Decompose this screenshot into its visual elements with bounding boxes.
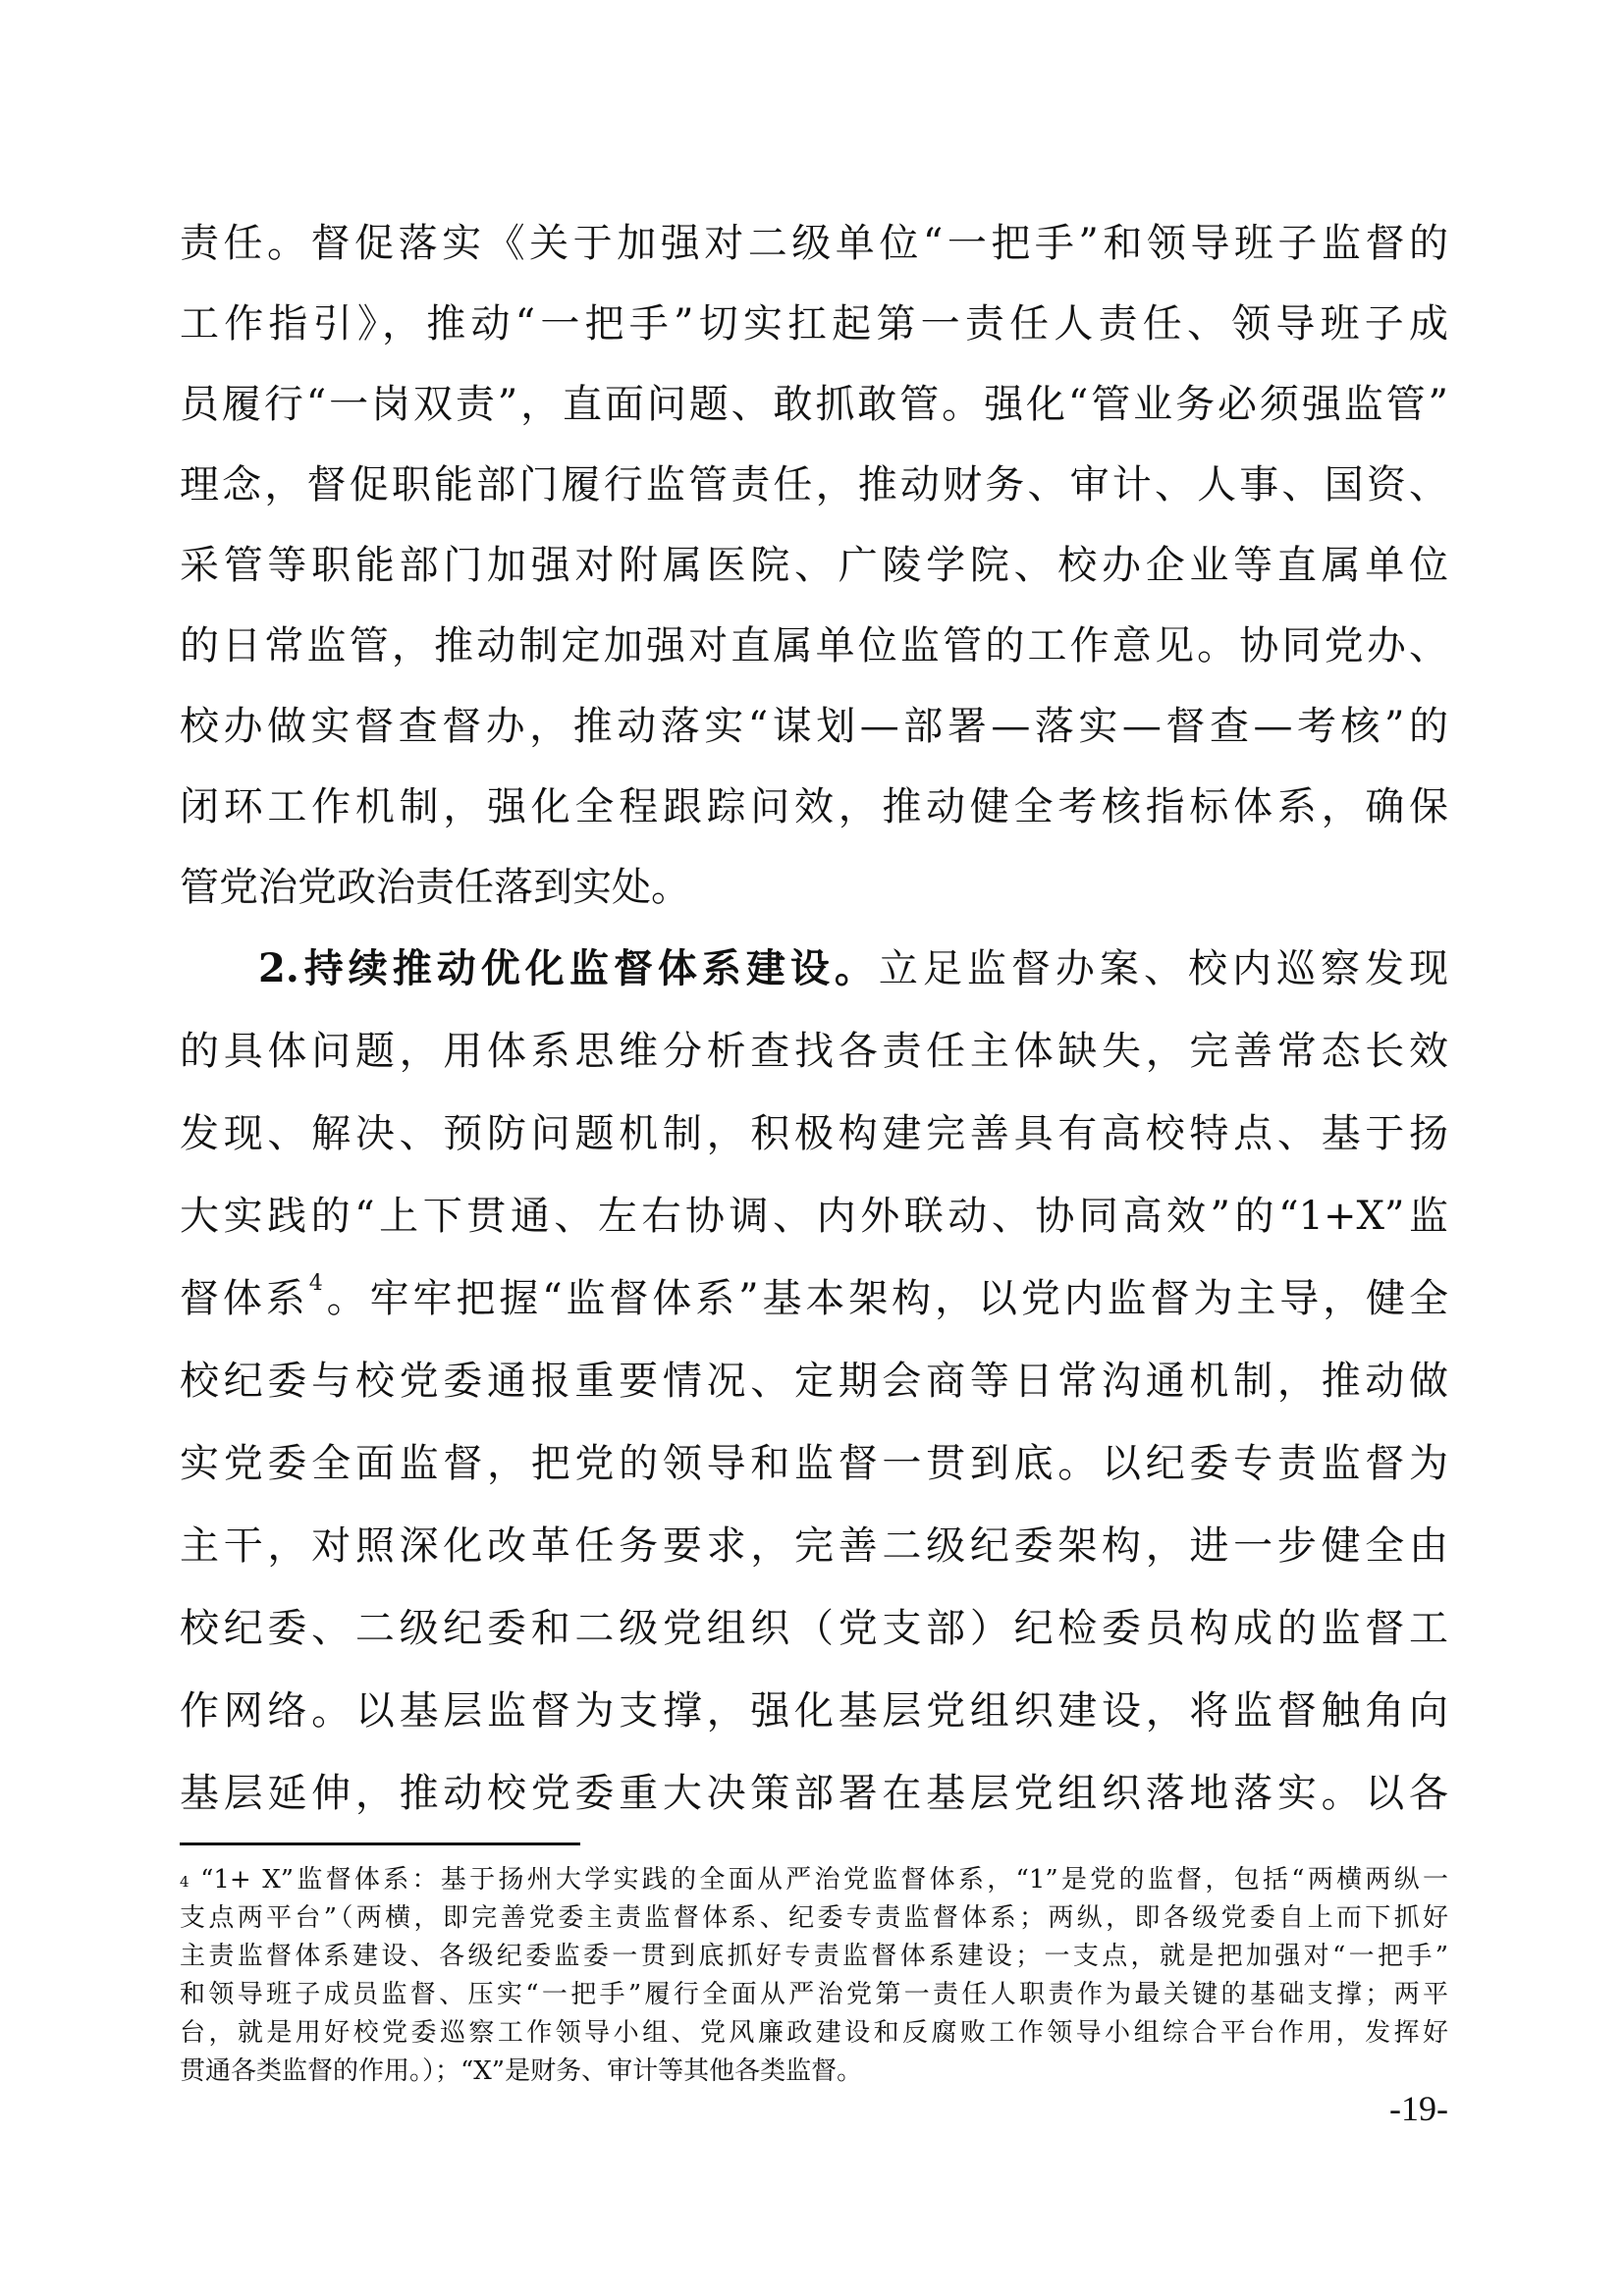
body-line: 实党委全面监督，把党的领导和监督一贯到底。以纪委专责监督为 [180,1434,1448,1493]
body-line: 基层延伸，推动校党委重大决策部署在基层党组织落地落实。以各 [180,1764,1448,1823]
body-line-first: 2.持续推动优化监督体系建设。立足监督办案、校内巡察发现 [258,939,1448,998]
body-text: 立足监督办案、校内巡察发现 [879,946,1448,991]
footnote-line: 和领导班子成员监督、压实“一把手”履行全面从严治党第一责任人职责作为最关键的基础… [180,1977,1448,2012]
body-line: 发现、解决、预防问题机制，积极构建完善具有高校特点、基于扬 [180,1104,1448,1163]
footnote-separator [180,1842,580,1845]
page-number: -19- [1389,2087,1448,2130]
footnote-line: 台，就是用好校党委巡察工作领导小组、党风廉政建设和反腐败工作领导小组综合平台作用… [180,2015,1448,2051]
body-line: 的日常监管，推动制定加强对直属单位监管的工作意见。协同党办、 [180,616,1448,675]
body-line: 督体系4。牢牢把握“监督体系”基本架构，以党内监督为主导，健全 [180,1269,1448,1328]
body-line: 工作指引》，推动“一把手”切实扛起第一责任人责任、领导班子成 [180,294,1448,353]
body-line: 主干，对照深化改革任务要求，完善二级纪委架构，进一步健全由 [180,1517,1448,1575]
footnote-line: 贯通各类监督的作用。）；“X”是财务、审计等其他各类监督。 [180,2054,1448,2089]
footnote-line: 支点两平台”（两横，即完善党委主责监督体系、纪委专责监督体系；两纵，即各级党委自… [180,1900,1448,1936]
body-line: 责任。督促落实《关于加强对二级单位“一把手”和领导班子监督的 [180,214,1448,273]
section-heading: 2.持续推动优化监督体系建设。 [258,945,879,991]
footnote-reference[interactable]: 4 [309,1271,323,1296]
footnote-line: 主责监督体系建设、各级纪委监委一贯到底抓好专责监督体系建设；一支点，就是把加强对… [180,1939,1448,1974]
body-text: 。牢牢把握“监督体系”基本架构，以党内监督为主导，健全 [323,1276,1448,1321]
body-line: 作网络。以基层监督为支撑，强化基层党组织建设，将监督触角向 [180,1682,1448,1740]
body-line: 理念，督促职能部门履行监管责任，推动财务、审计、人事、国资、 [180,455,1448,514]
body-line: 管党治党政治责任落到实处。 [180,858,1448,917]
body-line: 员履行“一岗双责”，直面问题、敢抓敢管。强化“管业务必须强监管” [180,375,1448,434]
footnote-marker: 4 [180,1873,189,1891]
footnote-line: 4 “1+ X”监督体系：基于扬州大学实践的全面从严治党监督体系，“1”是党的监… [180,1862,1448,1897]
body-text: 督体系 [180,1276,309,1321]
body-line: 采管等职能部门加强对附属医院、广陵学院、校办企业等直属单位 [180,536,1448,595]
footnote-text: “1+ X”监督体系：基于扬州大学实践的全面从严治党监督体系，“1”是党的监督，… [189,1865,1448,1895]
body-line: 校纪委与校党委通报重要情况、定期会商等日常沟通机制，推动做 [180,1352,1448,1411]
body-line: 校纪委、二级纪委和二级党组织（党支部）纪检委员构成的监督工 [180,1599,1448,1658]
body-line: 的具体问题，用体系思维分析查找各责任主体缺失，完善常态长效 [180,1022,1448,1081]
body-line: 校办做实督查督办，推动落实“谋划—部署—落实—督查—考核”的 [180,697,1448,756]
body-line: 大实践的“上下贯通、左右协调、内外联动、协同高效”的“1+X”监 [180,1187,1448,1246]
body-line: 闭环工作机制，强化全程跟踪问效，推动健全考核指标体系，确保 [180,777,1448,836]
